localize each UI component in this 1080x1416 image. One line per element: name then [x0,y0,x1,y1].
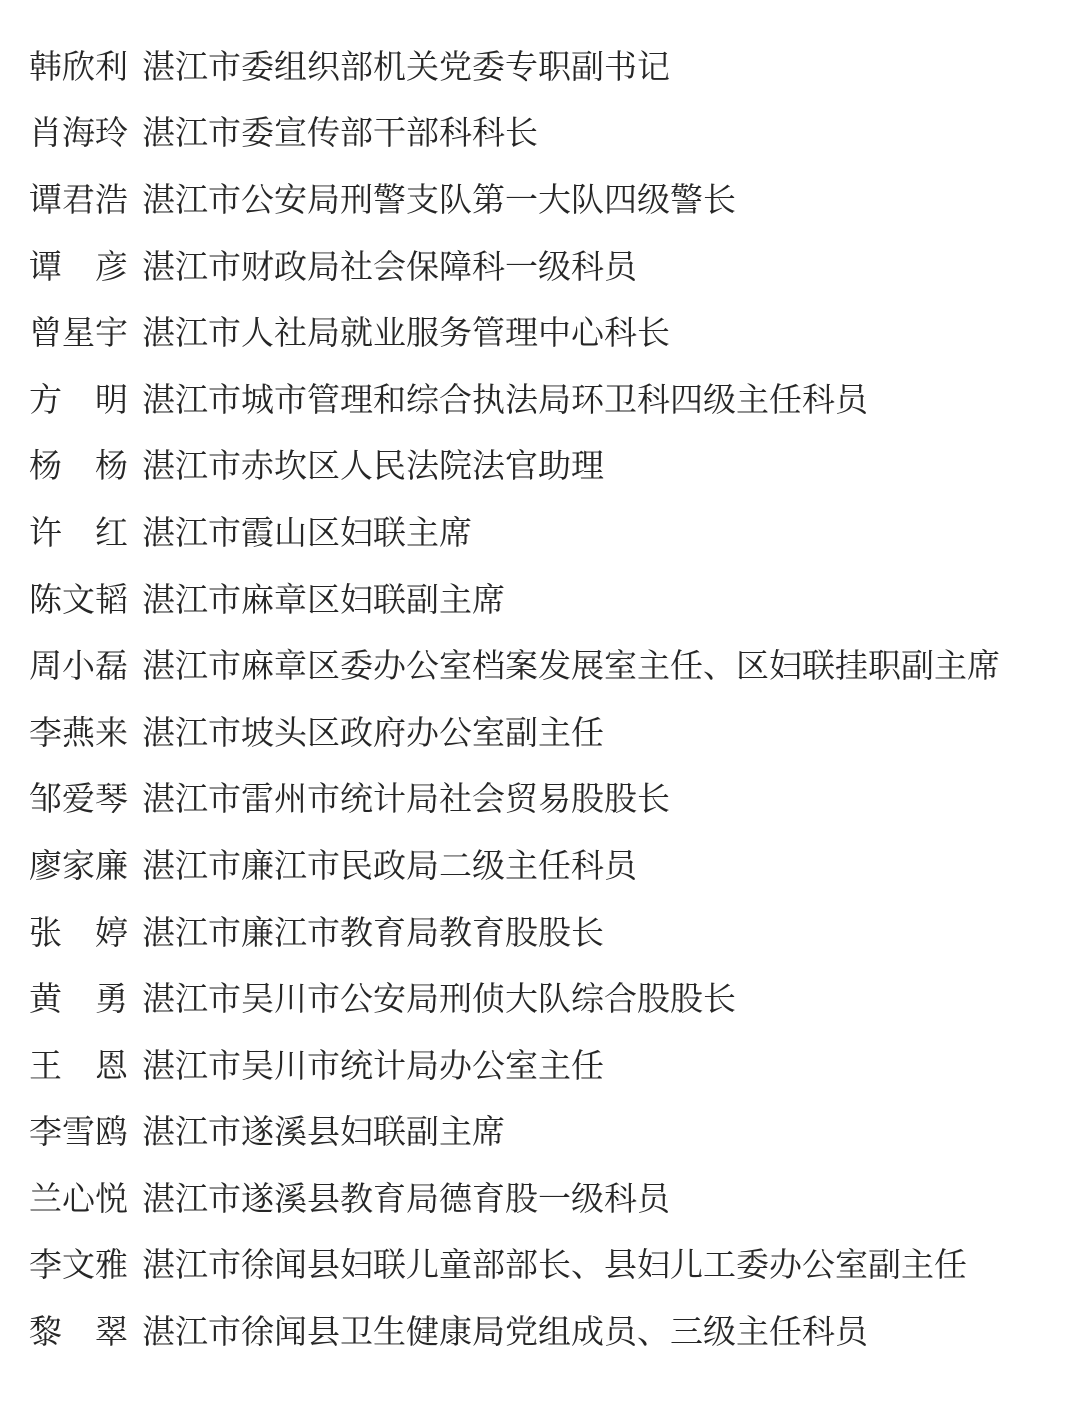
person-name: 许 红 [29,516,129,549]
person-title: 湛江市城市管理和综合执法局环卫科四级主任科员 [142,383,868,416]
person-name: 兰心悦 [29,1182,129,1215]
roster-row: 许 红 湛江市霞山区妇联主席 [29,499,1060,566]
person-name: 李雪鸥 [29,1115,129,1148]
roster-row: 李文雅 湛江市徐闻县妇联儿童部部长、县妇儿工委办公室副主任 [29,1232,1060,1299]
person-name: 王 恩 [29,1049,129,1082]
roster-page: 韩欣利 湛江市委组织部机关党委专职副书记 肖海玲 湛江市委宣传部干部科科长 谭君… [0,0,1080,1365]
person-title: 湛江市委组织部机关党委专职副书记 [142,50,670,83]
person-title: 湛江市人社局就业服务管理中心科长 [142,316,670,349]
person-name: 陈文韬 [29,583,129,616]
person-title: 湛江市麻章区妇联副主席 [142,583,505,616]
roster-row: 陈文韬 湛江市麻章区妇联副主席 [29,566,1060,633]
person-title: 湛江市遂溪县妇联副主席 [142,1115,505,1148]
person-name: 李文雅 [29,1248,129,1281]
roster-row: 谭君浩 湛江市公安局刑警支队第一大队四级警长 [29,166,1060,233]
person-title: 湛江市坡头区政府办公室副主任 [142,716,604,749]
person-title: 湛江市公安局刑警支队第一大队四级警长 [142,183,736,216]
person-name: 黄 勇 [29,982,129,1015]
roster-row: 肖海玲 湛江市委宣传部干部科科长 [29,100,1060,167]
person-title: 湛江市廉江市教育局教育股股长 [142,916,604,949]
person-title: 湛江市遂溪县教育局德育股一级科员 [142,1182,670,1215]
person-name: 邹爱琴 [29,782,129,815]
person-title: 湛江市徐闻县卫生健康局党组成员、三级主任科员 [142,1315,868,1348]
roster-row: 周小磊 湛江市麻章区委办公室档案发展室主任、区妇联挂职副主席 [29,632,1060,699]
roster-row: 谭 彦 湛江市财政局社会保障科一级科员 [29,233,1060,300]
person-name: 张 婷 [29,916,129,949]
roster-row: 黎 翠 湛江市徐闻县卫生健康局党组成员、三级主任科员 [29,1298,1060,1365]
person-name: 韩欣利 [29,50,129,83]
roster-row: 李燕来 湛江市坡头区政府办公室副主任 [29,699,1060,766]
person-title: 湛江市吴川市统计局办公室主任 [142,1049,604,1082]
person-name: 廖家廉 [29,849,129,882]
person-title: 湛江市财政局社会保障科一级科员 [142,250,637,283]
roster-row: 杨 杨 湛江市赤坎区人民法院法官助理 [29,433,1060,500]
roster-row: 王 恩 湛江市吴川市统计局办公室主任 [29,1032,1060,1099]
roster-row: 方 明 湛江市城市管理和综合执法局环卫科四级主任科员 [29,366,1060,433]
roster-row: 曾星宇 湛江市人社局就业服务管理中心科长 [29,299,1060,366]
person-name: 周小磊 [29,649,129,682]
person-title: 湛江市廉江市民政局二级主任科员 [142,849,637,882]
person-title: 湛江市麻章区委办公室档案发展室主任、区妇联挂职副主席 [142,649,1000,682]
person-name: 黎 翠 [29,1315,129,1348]
roster-row: 李雪鸥 湛江市遂溪县妇联副主席 [29,1099,1060,1166]
person-title: 湛江市委宣传部干部科科长 [142,116,538,149]
roster-row: 廖家廉 湛江市廉江市民政局二级主任科员 [29,832,1060,899]
person-title: 湛江市吴川市公安局刑侦大队综合股股长 [142,982,736,1015]
roster-row: 张 婷 湛江市廉江市教育局教育股股长 [29,899,1060,966]
person-name: 谭君浩 [29,183,129,216]
roster-row: 邹爱琴 湛江市雷州市统计局社会贸易股股长 [29,766,1060,833]
person-title: 湛江市雷州市统计局社会贸易股股长 [142,782,670,815]
person-title: 湛江市徐闻县妇联儿童部部长、县妇儿工委办公室副主任 [142,1248,967,1281]
person-name: 谭 彦 [29,250,129,283]
roster-row: 兰心悦 湛江市遂溪县教育局德育股一级科员 [29,1165,1060,1232]
person-name: 方 明 [29,383,129,416]
person-title: 湛江市赤坎区人民法院法官助理 [142,449,604,482]
roster-row: 韩欣利 湛江市委组织部机关党委专职副书记 [29,33,1060,100]
person-name: 杨 杨 [29,449,129,482]
person-title: 湛江市霞山区妇联主席 [142,516,472,549]
roster-row: 黄 勇 湛江市吴川市公安局刑侦大队综合股股长 [29,965,1060,1032]
person-name: 曾星宇 [29,316,129,349]
person-name: 肖海玲 [29,116,129,149]
person-name: 李燕来 [29,716,129,749]
